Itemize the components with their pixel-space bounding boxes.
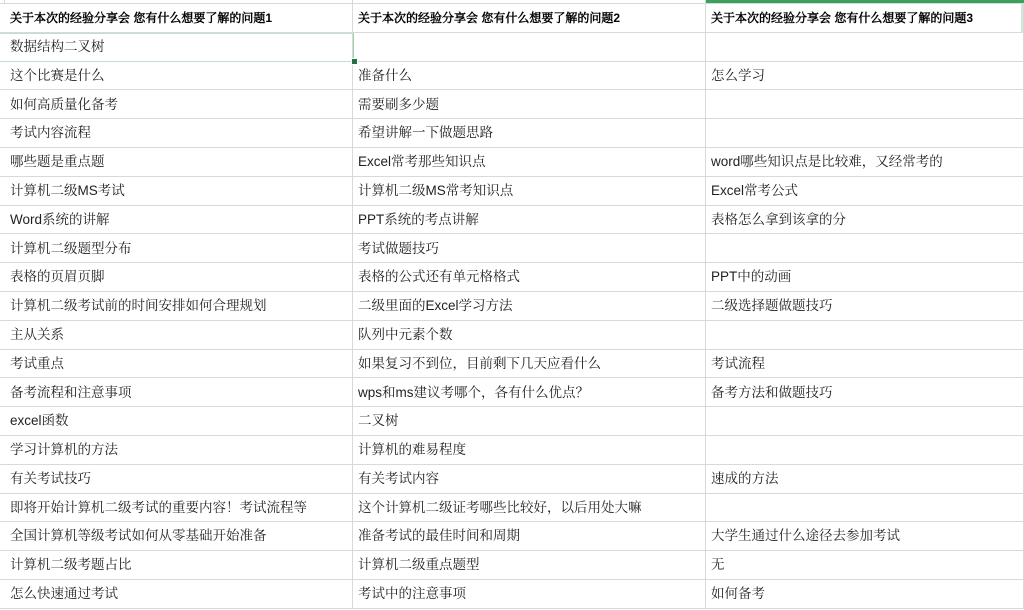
cell-r1c2[interactable] — [353, 33, 706, 62]
cell-r18c3[interactable]: 大学生通过什么途径去参加考试 — [706, 522, 1024, 551]
cell-r15c2[interactable]: 计算机的难易程度 — [353, 436, 706, 465]
cell-r11c1[interactable]: 主从关系 — [5, 321, 353, 350]
fill-handle[interactable] — [351, 58, 358, 65]
cell-r16c1[interactable]: 有关考试技巧 — [5, 465, 353, 494]
cell-r7c1[interactable]: Word系统的讲解 — [5, 206, 353, 235]
cell-r20c2[interactable]: 考试中的注意事项 — [353, 580, 706, 609]
cell-r13c1[interactable]: 备考流程和注意事项 — [5, 378, 353, 407]
cell-r5c1[interactable]: 哪些题是重点题 — [5, 148, 353, 177]
cell-r19c2[interactable]: 计算机二级重点题型 — [353, 551, 706, 580]
cell-r6c3[interactable]: Excel常考公式 — [706, 177, 1024, 206]
cell-r20c1[interactable]: 怎么快速通过考试 — [5, 580, 353, 609]
cell-r20c3[interactable]: 如何备考 — [706, 580, 1024, 609]
cell-r4c2[interactable]: 希望讲解一下做题思路 — [353, 119, 706, 148]
cell-r18c1[interactable]: 全国计算机等级考试如何从零基础开始准备 — [5, 522, 353, 551]
cell-r1c1[interactable]: 数据结构二叉树 — [5, 33, 353, 62]
cell-r12c3[interactable]: 考试流程 — [706, 350, 1024, 379]
cell-r10c2[interactable]: 二级里面的Excel学习方法 — [353, 292, 706, 321]
cell-r14c2[interactable]: 二叉树 — [353, 407, 706, 436]
cell-r2c1[interactable]: 这个比赛是什么 — [5, 62, 353, 91]
cell-r7c3[interactable]: 表格怎么拿到该拿的分 — [706, 206, 1024, 235]
selection-border-top-strip — [706, 0, 1024, 3]
cell-r5c2[interactable]: Excel常考那些知识点 — [353, 148, 706, 177]
cell-r4c1[interactable]: 考试内容流程 — [5, 119, 353, 148]
cell-r15c3[interactable] — [706, 436, 1024, 465]
cell-r9c3[interactable]: PPT中的动画 — [706, 263, 1024, 292]
cell-r3c2[interactable]: 需要刷多少题 — [353, 90, 706, 119]
cell-r11c2[interactable]: 队列中元素个数 — [353, 321, 706, 350]
cell-r8c1[interactable]: 计算机二级题型分布 — [5, 234, 353, 263]
cell-r11c3[interactable] — [706, 321, 1024, 350]
cell-r13c2[interactable]: wps和ms建议考哪个，各有什么优点？ — [353, 378, 706, 407]
cell-r17c1[interactable]: 即将开始计算机二级考试的重要内容！考试流程等 — [5, 494, 353, 523]
cell-r7c2[interactable]: PPT系统的考点讲解 — [353, 206, 706, 235]
cell-r5c3[interactable]: word哪些知识点是比较难，又经常考的 — [706, 148, 1024, 177]
cell-r2c3[interactable]: 怎么学习 — [706, 62, 1024, 91]
cell-r9c1[interactable]: 表格的页眉页脚 — [5, 263, 353, 292]
cell-r8c2[interactable]: 考试做题技巧 — [353, 234, 706, 263]
cell-r3c1[interactable]: 如何高质量化备考 — [5, 90, 353, 119]
cell-r6c2[interactable]: 计算机二级MS常考知识点 — [353, 177, 706, 206]
cell-r16c3[interactable]: 速成的方法 — [706, 465, 1024, 494]
column-header-2[interactable]: 关于本次的经验分享会 您有什么想要了解的问题2 — [353, 4, 706, 33]
cell-r10c1[interactable]: 计算机二级考试前的时间安排如何合理规划 — [5, 292, 353, 321]
cell-r14c1[interactable]: excel函数 — [5, 407, 353, 436]
cell-r18c2[interactable]: 准备考试的最佳时间和周期 — [353, 522, 706, 551]
sheet-grid: 关于本次的经验分享会 您有什么想要了解的问题1关于本次的经验分享会 您有什么想要… — [0, 0, 1024, 610]
cell-r14c3[interactable] — [706, 407, 1024, 436]
cell-r4c3[interactable] — [706, 119, 1024, 148]
cell-r1c3[interactable] — [706, 33, 1024, 62]
cell-r6c1[interactable]: 计算机二级MS考试 — [5, 177, 353, 206]
cell-r3c3[interactable] — [706, 90, 1024, 119]
cell-r9c2[interactable]: 表格的公式还有单元格格式 — [353, 263, 706, 292]
cell-r12c2[interactable]: 如果复习不到位，目前剩下几天应看什么 — [353, 350, 706, 379]
cell-r15c1[interactable]: 学习计算机的方法 — [5, 436, 353, 465]
cell-r12c1[interactable]: 考试重点 — [5, 350, 353, 379]
cell-r10c3[interactable]: 二级选择题做题技巧 — [706, 292, 1024, 321]
cell-r8c3[interactable] — [706, 234, 1024, 263]
cell-r19c1[interactable]: 计算机二级考题占比 — [5, 551, 353, 580]
cell-r17c3[interactable] — [706, 494, 1024, 523]
cell-r19c3[interactable]: 无 — [706, 551, 1024, 580]
column-header-3[interactable]: 关于本次的经验分享会 您有什么想要了解的问题3 — [706, 4, 1024, 33]
cell-r2c2[interactable]: 准备什么 — [353, 62, 706, 91]
column-header-1[interactable]: 关于本次的经验分享会 您有什么想要了解的问题1 — [5, 4, 353, 33]
cell-r17c2[interactable]: 这个计算机二级证考哪些比较好，以后用处大嘛 — [353, 494, 706, 523]
selection-border-right-fragment — [1021, 3, 1023, 33]
spreadsheet: 关于本次的经验分享会 您有什么想要了解的问题1关于本次的经验分享会 您有什么想要… — [0, 0, 1024, 610]
cell-r13c3[interactable]: 备考方法和做题技巧 — [706, 378, 1024, 407]
cell-r16c2[interactable]: 有关考试内容 — [353, 465, 706, 494]
